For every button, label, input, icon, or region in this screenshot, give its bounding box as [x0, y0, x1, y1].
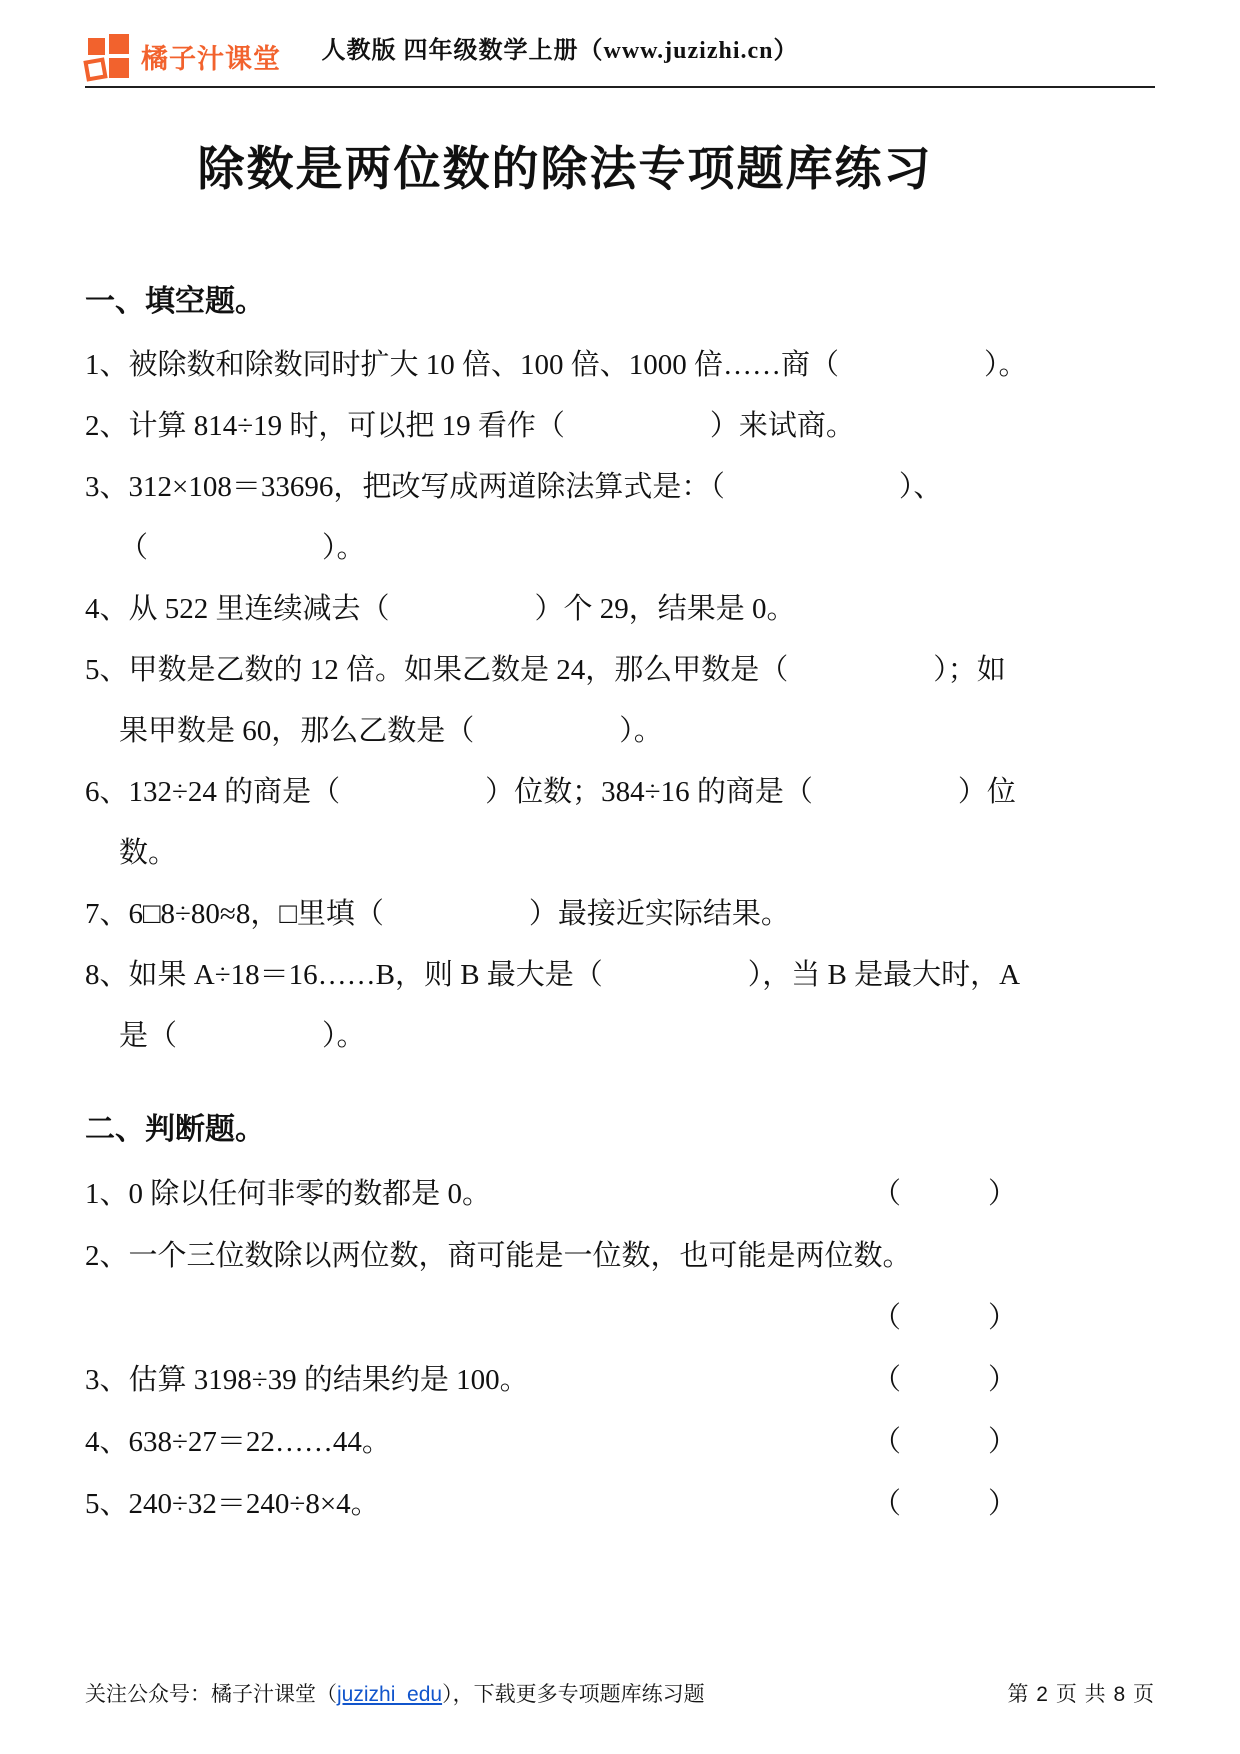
answer-blank: （ ）: [872, 1287, 1045, 1349]
page-footer: 关注公众号：橘子汁课堂（juzizhi_edu），下载更多专项题库练习题 第 2…: [85, 1678, 1155, 1708]
section-2-heading: 二、判断题。: [85, 1113, 1045, 1147]
footer-note-prefix: 关注公众号：橘子汁课堂（: [85, 1683, 337, 1706]
question-line: 3、312×108＝33696，把改写成两道除法算式是：（ ）、: [85, 457, 1045, 518]
question-line: 6、132÷24 的商是（ ）位数；384÷16 的商是（ ）位: [85, 762, 1045, 823]
question-text: 1、0 除以任何非零的数都是 0。: [85, 1163, 491, 1225]
question-text: 3、估算 3198÷39 的结果约是 100。: [85, 1349, 529, 1411]
wechat-account-link[interactable]: juzizhi_edu: [337, 1683, 442, 1706]
question-line: 2、计算 814÷19 时，可以把 19 看作（ ）来试商。: [85, 396, 1045, 457]
question-line: 是（ ）。: [85, 1006, 1045, 1067]
answer-blank: （ ）: [872, 1349, 1045, 1411]
footer-note: 关注公众号：橘子汁课堂（juzizhi_edu），下载更多专项题库练习题: [85, 1678, 705, 1708]
question-row: 5、240÷32＝240÷8×4。（ ）: [85, 1473, 1045, 1535]
question-text: 2、一个三位数除以两位数，商可能是一位数，也可能是两位数。: [85, 1225, 912, 1287]
question-line: 数。: [85, 823, 1045, 884]
question-row: 1、0 除以任何非零的数都是 0。（ ）: [85, 1163, 1045, 1225]
question-line: 1、被除数和除数同时扩大 10 倍、100 倍、1000 倍……商（ ）。: [85, 335, 1045, 396]
worksheet-page: 橘子汁课堂 人教版 四年级数学上册（www.juzizhi.cn） 除数是两位数…: [0, 0, 1240, 1754]
answer-blank: （ ）: [872, 1473, 1045, 1535]
question-row: 3、估算 3198÷39 的结果约是 100。（ ）: [85, 1349, 1045, 1411]
worksheet-content: 一、填空题。 1、被除数和除数同时扩大 10 倍、100 倍、1000 倍……商…: [85, 285, 1045, 1535]
question-line: 7、6□8÷80≈8，□里填（ ）最接近实际结果。: [85, 884, 1045, 945]
question-text: 4、638÷27＝22……44。: [85, 1411, 391, 1473]
question-line: （ ）。: [85, 518, 1045, 579]
question-row: 4、638÷27＝22……44。（ ）: [85, 1411, 1045, 1473]
question-row: （ ）: [85, 1287, 1045, 1349]
section-1-heading: 一、填空题。: [85, 285, 1045, 319]
question-line: 果甲数是 60，那么乙数是（ ）。: [85, 701, 1045, 762]
brand-logo-text: 橘子汁课堂: [141, 37, 281, 76]
brand-logo: 橘子汁课堂: [85, 33, 281, 79]
section-1-questions: 1、被除数和除数同时扩大 10 倍、100 倍、1000 倍……商（ ）。2、计…: [85, 335, 1045, 1067]
page-number-indicator: 第 2 页 共 8 页: [1007, 1678, 1155, 1708]
question-line: 4、从 522 里连续减去（ ）个 29，结果是 0。: [85, 579, 1045, 640]
page-title: 除数是两位数的除法专项题库练习: [85, 140, 1045, 201]
page-header: 橘子汁课堂 人教版 四年级数学上册（www.juzizhi.cn）: [85, 0, 1155, 88]
question-text: 5、240÷32＝240÷8×4。: [85, 1473, 380, 1535]
answer-blank: （ ）: [872, 1411, 1045, 1473]
question-line: 5、甲数是乙数的 12 倍。如果乙数是 24，那么甲数是（ ）；如: [85, 640, 1045, 701]
question-row: 2、一个三位数除以两位数，商可能是一位数，也可能是两位数。: [85, 1225, 1045, 1287]
section-2-questions: 1、0 除以任何非零的数都是 0。（ ）2、一个三位数除以两位数，商可能是一位数…: [85, 1163, 1045, 1535]
question-line: 8、如果 A÷18＝16……B，则 B 最大是（ ），当 B 是最大时，A: [85, 945, 1045, 1006]
footer-note-suffix: ），下载更多专项题库练习题: [442, 1683, 705, 1706]
brand-grid-icon: [85, 33, 131, 79]
answer-blank: （ ）: [872, 1163, 1045, 1225]
